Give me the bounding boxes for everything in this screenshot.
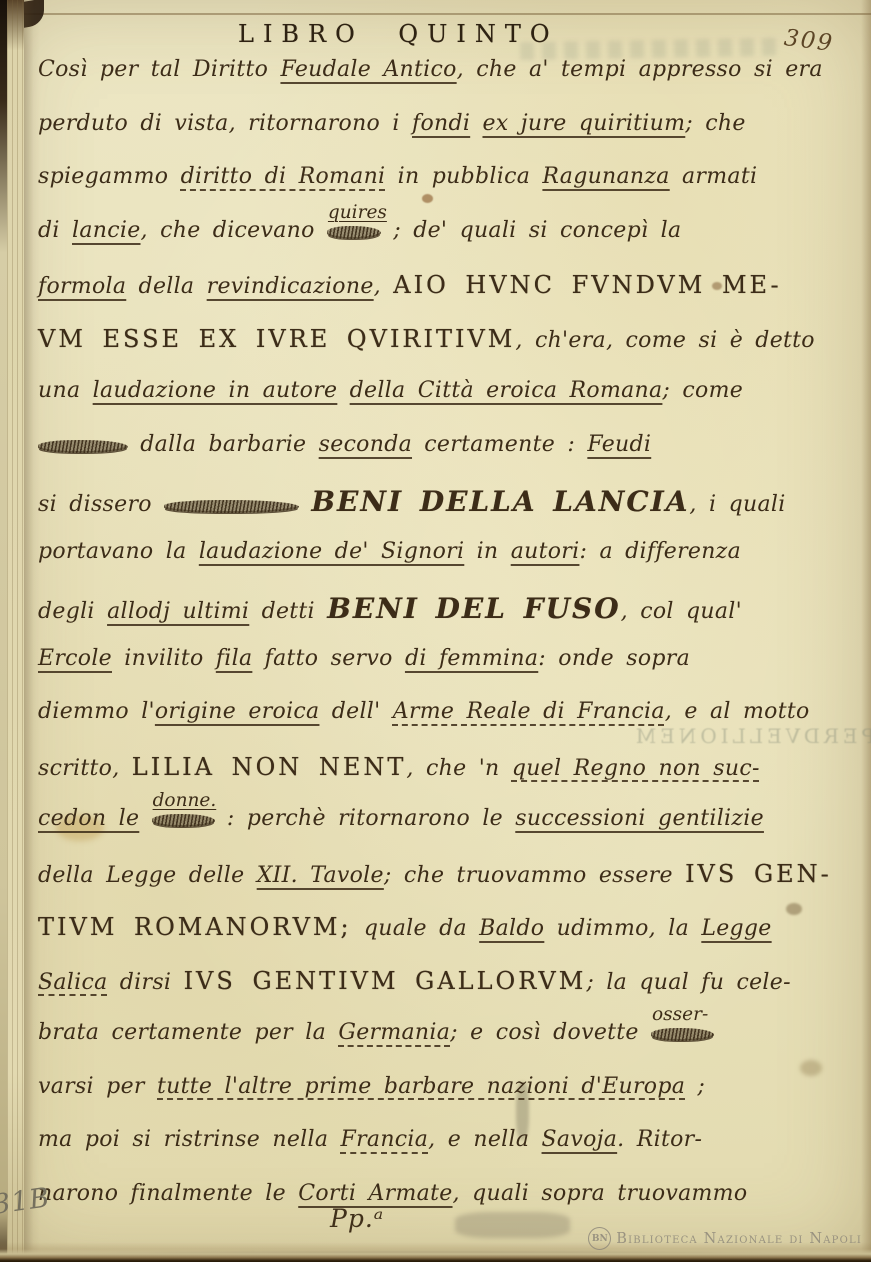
manuscript-text: una [38,378,93,403]
manuscript-line: perduto di vista, ritornarono i fondi ex… [38,111,838,165]
library-stamp: BN Biblioteca Nazionale di Napoli [588,1227,862,1250]
manuscript-line: varsi per tutte l'altre prime barbare na… [38,1074,838,1128]
page-edge-stack [7,0,24,1262]
manuscript-text: quel Regno non suc- [512,756,760,781]
manuscript-text: narono finalmente le [38,1181,298,1206]
manuscript-text: varsi per [38,1074,157,1099]
manuscript-text: revindicazione [207,274,374,299]
stamp-monogram-icon: BN [588,1227,611,1250]
manuscript-text: fondi [412,111,470,136]
manuscript-text: Savoja [542,1127,618,1152]
manuscript-line: cedon le donne. : perchè ritornarono le … [38,806,838,860]
latin-capitals-text: IVS GENTIVM GALLORVM [184,967,587,995]
manuscript-text: : a differenza [579,539,741,564]
manuscript-text: in [464,539,510,564]
latin-capitals-text: IVS GEN- [685,860,832,888]
struck-out-text: osser- [651,1028,714,1041]
manuscript-text: laudazione de' Signori [199,539,464,564]
manuscript-text: tutte l'altre prime barbare nazioni d'Eu… [157,1074,685,1099]
manuscript-line: di lancie, che dicevano quires ; de' qua… [38,218,838,272]
manuscript-text: della Legge delle [38,863,257,888]
manuscript-text: Corti Armate [298,1181,452,1206]
manuscript-text: : onde sopra [538,646,690,671]
interlinear-insert: donne. [153,790,217,811]
manuscript-text [470,111,482,136]
manuscript-line: TIVM ROMANORVM; quale da Baldo udimmo, l… [38,913,838,967]
catchword: Pp.ᵃ [330,1204,384,1233]
manuscript-text: armati [670,164,758,189]
struck-out-text: donne. [152,814,215,827]
manuscript-line: si dissero BENI DELLA LANCIA, i quali [38,485,838,539]
manuscript-line: spiegammo diritto di Romani in pubblica … [38,164,838,218]
manuscript-text: diemmo l' [38,699,155,724]
manuscript-text: Germania [338,1020,450,1045]
manuscript-text: Così per tal Diritto [38,57,280,82]
manuscript-text: XII. Tavole [257,863,384,888]
manuscript-line: formola della revindicazione, AIO HVNC F… [38,271,838,325]
manuscript-text: Ragunanza [542,164,669,189]
manuscript-text: udimmo, la [544,916,701,941]
manuscript-line: VM ESSE EX IVRE QVIRITIVM, ch'era, come … [38,325,838,379]
manuscript-line: Così per tal Diritto Feudale Antico, che… [38,57,838,111]
manuscript-text: , ch'era, come si è detto [515,328,814,353]
manuscript-text: ex jure quiritium [482,111,685,136]
manuscript-text: , col qual' [621,599,742,624]
manuscript-text: autori [511,539,580,564]
manuscript-text: spiegammo [38,164,181,189]
manuscript-text: dalla barbarie [128,432,319,457]
manuscript-text: allodj ultimi [107,599,249,624]
manuscript-text: Feudale Antico [280,57,456,82]
latin-capitals-text: VM ESSE EX IVRE QVIRITIVM [38,325,515,353]
manuscript-text: in pubblica [385,164,542,189]
manuscript-text: , [374,274,394,299]
book-title: LIBRO QUINTO [238,20,559,48]
manuscript-text: Legge [701,916,771,941]
manuscript-text: ; che truovammo essere [384,863,685,888]
struck-out-text [38,440,128,453]
manuscript-text: formola [38,274,126,299]
manuscript-line: Salica dirsi IVS GENTIVM GALLORVM; la qu… [38,967,838,1021]
manuscript-text: , che 'n [406,756,511,781]
manuscript-text: Ercole [38,646,112,671]
manuscript-text: , i quali [689,492,785,517]
interlinear-insert: osser- [652,1004,708,1025]
manuscript-text [139,806,151,831]
manuscript-text: ; la qual fu cele- [586,970,790,995]
manuscript-text: ; che [685,111,745,136]
manuscript-text: : perchè ritornarono le [215,806,516,831]
stamp-label: Biblioteca Nazionale di Napoli [616,1231,862,1247]
manuscript-text [337,378,349,403]
latin-capitals-text: TIVM ROMANORVM; [38,913,352,941]
manuscript-text: seconda [319,432,412,457]
manuscript-text: ; de' quali si concepì la [381,218,681,243]
manuscript-text: di [38,218,72,243]
manuscript-text: degli [38,599,107,624]
manuscript-text: , che dicevano [141,218,327,243]
manuscript-text: successioni gentilizie [515,806,764,831]
manuscript-text [299,492,311,517]
manuscript-text: diritto di Romani [181,164,386,189]
manuscript-text: perduto di vista, ritornarono i [38,111,412,136]
manuscript-line: una laudazione in autore della Città ero… [38,378,838,432]
manuscript-text: si dissero [38,492,164,517]
manuscript-text: certamente : [412,432,587,457]
latin-capitals-text: AIO HVNC FVNDVM ME- [393,271,781,299]
page-top-edge [0,0,871,15]
manuscript-text: Arme Reale di Francia [393,699,665,724]
manuscript-text: dell' [319,699,392,724]
manuscript-text: Francia [341,1127,429,1152]
manuscript-lines: Così per tal Diritto Feudale Antico, che… [38,57,838,1234]
manuscript-text: , e nella [428,1127,541,1152]
struck-out-text: quires [327,226,381,239]
manuscript-line: Ercole invilito fila fatto servo di femm… [38,646,838,700]
manuscript-text: detti [249,599,327,624]
manuscript-text: quale da [352,916,480,941]
manuscript-text: brata certamente per la [38,1020,338,1045]
manuscript-text: ; [685,1074,705,1099]
manuscript-text: ; e così dovette [450,1020,651,1045]
manuscript-text: , e al motto [665,699,810,724]
manuscript-text: scritto, [38,756,132,781]
manuscript-line: degli allodj ultimi detti BENI DEL FUSO,… [38,592,838,646]
manuscript-line: portavano la laudazione de' Signori in a… [38,539,838,593]
manuscript-text: , che a' tempi appresso si era [457,57,823,82]
manuscript-text: cedon le [38,806,139,831]
manuscript-text: dirsi [108,970,184,995]
manuscript-text: fatto servo [252,646,405,671]
manuscript-text: della [126,274,206,299]
manuscript-text: ; come [662,378,743,403]
struck-out-text [164,500,299,513]
latin-capitals-text: LILIA NON NENT [132,753,407,781]
manuscript-text: portavano la [38,539,199,564]
manuscript-text: . Ritor- [617,1127,702,1152]
latin-capitals-text: BENI DELLA LANCIA [311,485,689,518]
manuscript-text: Feudi [587,432,651,457]
manuscript-page: PERDVELLIONEM LIBRO QUINTO 309 Così per … [0,0,871,1262]
manuscript-text: lancie [72,218,141,243]
manuscript-text: ma poi si ristrinse nella [38,1127,341,1152]
latin-capitals-text: BENI DEL FUSO [327,592,620,625]
manuscript-line: della Legge delle XII. Tavole; che truov… [38,860,838,914]
manuscript-text: di femmina [405,646,538,671]
manuscript-line: dalla barbarie seconda certamente : Feud… [38,432,838,486]
manuscript-text: Salica [38,970,108,995]
manuscript-text: fila [216,646,253,671]
manuscript-text: origine eroica [155,699,320,724]
manuscript-text: Baldo [479,916,544,941]
page-right-edge [861,0,871,1262]
manuscript-text: , quali sopra truovammo [453,1181,748,1206]
manuscript-text: della Città eroica Romana [350,378,663,403]
manuscript-line: narono finalmente le Corti Armate, quali… [38,1181,838,1235]
manuscript-text: laudazione in autore [93,378,338,403]
manuscript-text: invilito [112,646,216,671]
manuscript-line: brata certamente per la Germania; e così… [38,1020,838,1074]
manuscript-line: diemmo l'origine eroica dell' Arme Reale… [38,699,838,753]
manuscript-line: ma poi si ristrinse nella Francia, e nel… [38,1127,838,1181]
interlinear-insert: quires [328,202,387,223]
binding-edge [0,0,7,1262]
page-number: 309 [783,25,836,57]
